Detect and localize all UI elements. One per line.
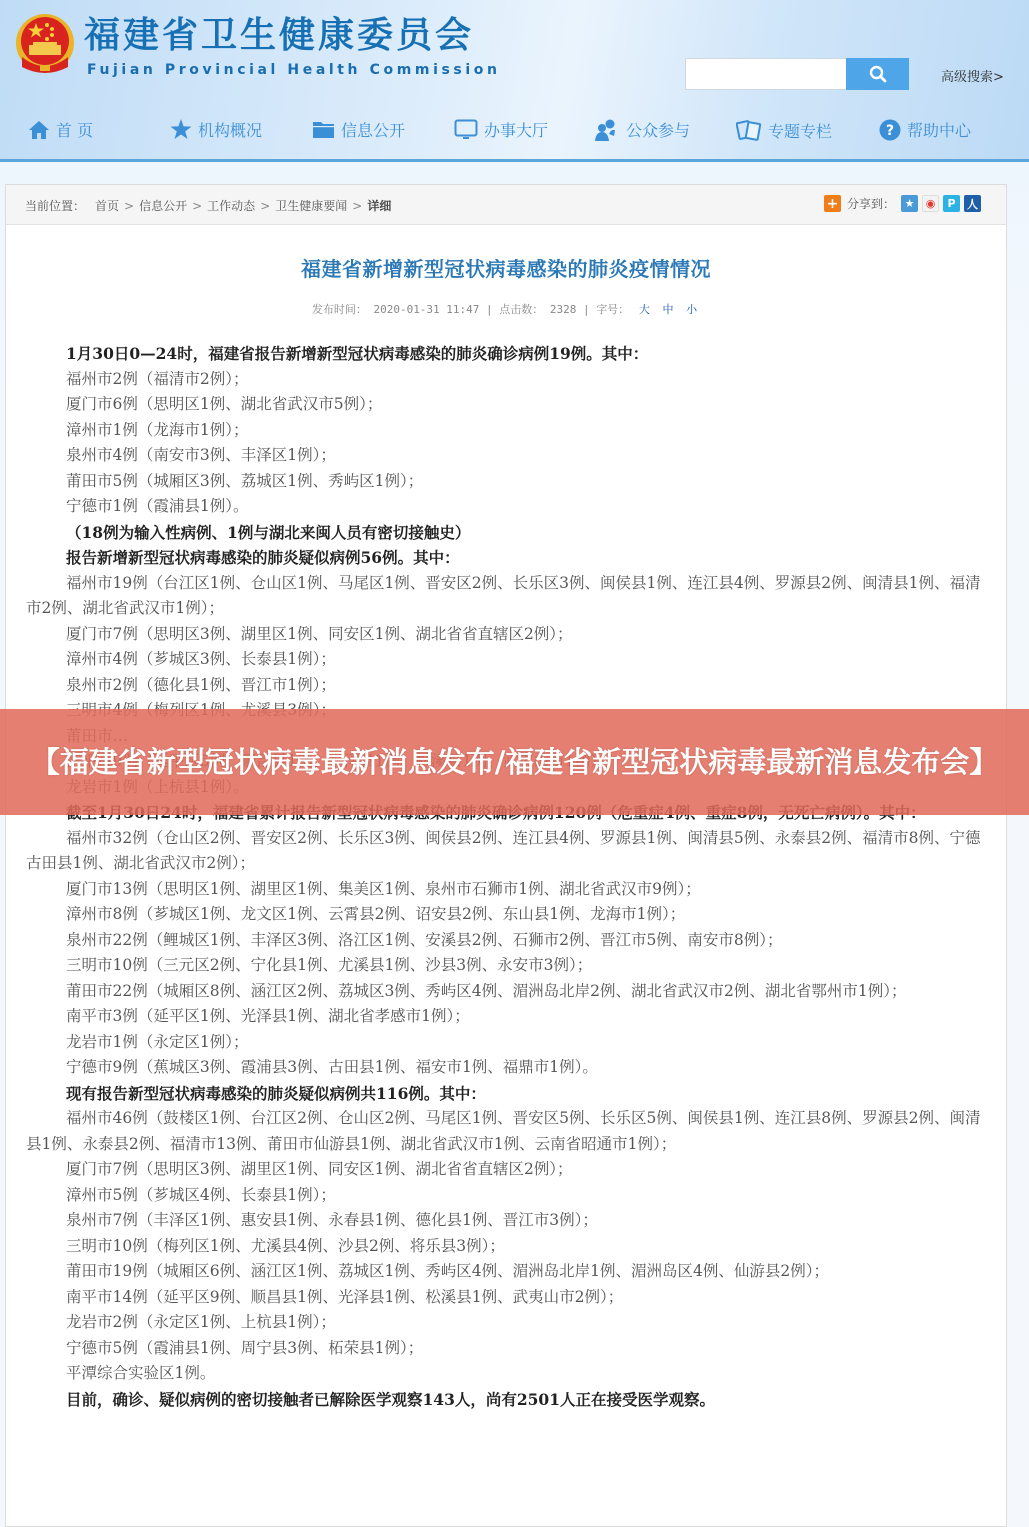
share-label: 分享到：: [847, 195, 895, 212]
article-summary-paragraph: 报告新增新型冠状病毒感染的肺炎疑似病例56例。其中：: [26, 545, 988, 571]
breadcrumb-bar: 当前位置： 首页 > 信息公开 > 工作动态 > 卫生健康要闻 > 详细 + 分…: [6, 185, 1006, 225]
article-paragraph: 龙岩市2例（永定区1例、上杭县1例）；: [26, 1310, 988, 1336]
font-size-medium[interactable]: 中: [663, 303, 674, 316]
breadcrumb-separator: >: [192, 199, 202, 213]
breadcrumb: 当前位置： 首页 > 信息公开 > 工作动态 > 卫生健康要闻 > 详细: [25, 197, 391, 214]
main-nav: 首 页 机构概况 信息公开 办事大厅 公众参与 专题专栏 ? 帮助中心: [0, 108, 1029, 152]
qzone-share-icon[interactable]: ★: [901, 195, 918, 212]
content-panel: 当前位置： 首页 > 信息公开 > 工作动态 > 卫生健康要闻 > 详细 + 分…: [5, 184, 1007, 1527]
star-icon: [170, 119, 192, 140]
article-meta: 发布时间： 2020-01-31 11:47 | 点击数： 2328 | 字号：…: [6, 301, 1006, 317]
meta-divider: |: [486, 303, 499, 316]
meta-divider: |: [583, 303, 596, 316]
nav-label: 首 页: [56, 118, 93, 141]
share-bar: + 分享到： ★ ◉ P 人: [824, 195, 981, 212]
help-icon: ?: [879, 119, 901, 141]
article-paragraph: 福州市19例（台江区1例、仓山区1例、马尾区1例、晋安区2例、长乐区3例、闽侯县…: [26, 571, 988, 622]
overlay-banner-text: 【福建省新型冠状病毒最新消息发布/福建省新型冠状病毒最新消息发布会】: [31, 743, 999, 781]
publish-time: 2020-01-31 11:47: [373, 303, 479, 316]
breadcrumb-work[interactable]: 工作动态: [207, 197, 255, 214]
article-paragraph: 龙岩市1例（永定区1例）；: [26, 1030, 988, 1056]
article-paragraph: 漳州市8例（芗城区1例、龙文区1例、云霄县2例、诏安县2例、东山县1例、龙海市1…: [26, 902, 988, 928]
overlay-banner: 【福建省新型冠状病毒最新消息发布/福建省新型冠状病毒最新消息发布会】: [0, 709, 1029, 815]
article-paragraph: 福州市32例（仓山区2例、晋安区2例、长乐区3例、闽侯县2例、连江县4例、罗源县…: [26, 826, 988, 877]
search-icon: [869, 65, 887, 83]
people-icon: [594, 119, 620, 141]
font-size-small[interactable]: 小: [686, 303, 697, 316]
article-paragraph: 泉州市7例（丰泽区1例、惠安县1例、永春县1例、德化县1例、晋江市3例）；: [26, 1208, 988, 1234]
renren-share-icon[interactable]: 人: [964, 195, 981, 212]
article-paragraph: 三明市10例（三元区2例、宁化县1例、尤溪县1例、沙县3例、永安市3例）；: [26, 953, 988, 979]
font-size-label: 字号：: [596, 303, 629, 316]
article-paragraph: 厦门市13例（思明区1例、湖里区1例、集美区1例、泉州市石狮市1例、湖北省武汉市…: [26, 877, 988, 903]
site-subtitle: Fujian Provincial Health Commission: [87, 62, 501, 78]
publish-label: 发布时间：: [312, 303, 367, 316]
article-paragraph: 福州市2例（福清市2例）；: [26, 367, 988, 393]
article-paragraph: 三明市10例（梅列区1例、尤溪县4例、沙县2例、将乐县3例）；: [26, 1234, 988, 1260]
nav-label: 信息公开: [341, 118, 405, 141]
article-summary-paragraph: 目前，确诊、疑似病例的密切接触者已解除医学观察143人，尚有2501人正在接受医…: [26, 1387, 988, 1413]
clicks-label: 点击数：: [499, 303, 543, 316]
article-paragraph: 莆田市19例（城厢区6例、涵江区1例、荔城区1例、秀屿区4例、湄洲岛北岸1例、湄…: [26, 1259, 988, 1285]
article-title: 福建省新增新型冠状病毒感染的肺炎疫情情况: [6, 253, 1006, 282]
share-more-icon[interactable]: +: [824, 195, 841, 212]
breadcrumb-news[interactable]: 卫生健康要闻: [275, 197, 347, 214]
breadcrumb-separator: >: [260, 199, 270, 213]
article-paragraph: 平潭综合实验区1例。: [26, 1361, 988, 1387]
article-paragraph: 厦门市7例（思明区3例、湖里区1例、同安区1例、湖北省省直辖区2例）；: [26, 1157, 988, 1183]
breadcrumb-info[interactable]: 信息公开: [139, 197, 187, 214]
article-paragraph: 福州市46例（鼓楼区1例、台江区2例、仓山区2例、马尾区1例、晋安区5例、长乐区…: [26, 1106, 988, 1157]
nav-item-info[interactable]: 信息公开: [312, 118, 405, 141]
nav-divider: [0, 159, 1029, 162]
font-size-large[interactable]: 大: [639, 303, 650, 316]
national-emblem-icon: [14, 13, 76, 77]
article-summary-paragraph: 1月30日0—24时，福建省报告新增新型冠状病毒感染的肺炎确诊病例19例。其中：: [26, 341, 988, 367]
article-summary-paragraph: 现有报告新型冠状病毒感染的肺炎疑似病例共116例。其中：: [26, 1081, 988, 1107]
article-paragraph: 漳州市5例（芗城区4例、长泰县1例）；: [26, 1183, 988, 1209]
article-paragraph: 泉州市2例（德化县1例、晋江市1例）；: [26, 673, 988, 699]
article-paragraph: 漳州市1例（龙海市1例）；: [26, 418, 988, 444]
article-paragraph: 莆田市22例（城厢区8例、涵江区2例、荔城区3例、秀屿区4例、湄洲岛北岸2例、湖…: [26, 979, 988, 1005]
article-summary-paragraph: （18例为输入性病例、1例与湖北来闽人员有密切接触史）: [26, 520, 988, 546]
nav-label: 公众参与: [626, 118, 690, 141]
tencent-weibo-share-icon[interactable]: P: [943, 195, 960, 212]
nav-label: 专题专栏: [768, 119, 832, 142]
nav-label: 机构概况: [198, 118, 262, 141]
nav-item-home[interactable]: 首 页: [28, 118, 93, 141]
breadcrumb-separator: >: [124, 199, 134, 213]
article-paragraph: 厦门市7例（思明区3例、湖里区1例、同安区1例、湖北省省直辖区2例）；: [26, 622, 988, 648]
breadcrumb-separator: >: [352, 199, 362, 213]
site-header: 福建省卫生健康委员会 Fujian Provincial Health Comm…: [0, 0, 1029, 160]
article-paragraph: 南平市14例（延平区9例、顺昌县1例、光泽县1例、松溪县1例、武夷山市2例）；: [26, 1285, 988, 1311]
article-paragraph: 厦门市6例（思明区1例、湖北省武汉市5例）；: [26, 392, 988, 418]
article-paragraph: 宁德市1例（霞浦县1例）。: [26, 494, 988, 520]
svg-text:?: ?: [886, 123, 894, 139]
weibo-share-icon[interactable]: ◉: [922, 195, 939, 212]
cards-icon: [736, 118, 762, 142]
article-paragraph: 南平市3例（延平区1例、光泽县1例、湖北省孝感市1例）；: [26, 1004, 988, 1030]
breadcrumb-home[interactable]: 首页: [95, 197, 119, 214]
article-paragraph: 泉州市22例（鲤城区1例、丰泽区3例、洛江区1例、安溪县2例、石狮市2例、晋江市…: [26, 928, 988, 954]
breadcrumb-prefix: 当前位置：: [25, 197, 85, 214]
nav-label: 办事大厅: [484, 118, 548, 141]
nav-item-public[interactable]: 公众参与: [594, 118, 690, 141]
article-body: 1月30日0—24时，福建省报告新增新型冠状病毒感染的肺炎确诊病例19例。其中：…: [26, 341, 988, 1412]
nav-item-help[interactable]: ? 帮助中心: [879, 118, 971, 141]
article-paragraph: 宁德市5例（霞浦县1例、周宁县3例、柘荣县1例）；: [26, 1336, 988, 1362]
article-paragraph: 泉州市4例（南安市3例、丰泽区1例）；: [26, 443, 988, 469]
site-title: 福建省卫生健康委员会: [84, 14, 474, 58]
article-paragraph: 漳州市4例（芗城区3例、长泰县1例）；: [26, 647, 988, 673]
advanced-search-link[interactable]: 高级搜索>: [941, 66, 1004, 85]
nav-label: 帮助中心: [907, 118, 971, 141]
clicks-count: 2328: [550, 303, 577, 316]
search-button[interactable]: [846, 58, 909, 90]
nav-item-services[interactable]: 办事大厅: [454, 118, 548, 141]
tablet-icon: [454, 119, 478, 141]
nav-item-topics[interactable]: 专题专栏: [736, 118, 832, 142]
nav-item-about[interactable]: 机构概况: [170, 118, 262, 141]
breadcrumb-current: 详细: [367, 197, 391, 214]
home-icon: [28, 120, 50, 140]
search-input[interactable]: [685, 58, 847, 90]
folder-icon: [312, 120, 335, 139]
article-paragraph: 莆田市5例（城厢区3例、荔城区1例、秀屿区1例）；: [26, 469, 988, 495]
article-paragraph: 宁德市9例（蕉城区3例、霞浦县3例、古田县1例、福安市1例、福鼎市1例）。: [26, 1055, 988, 1081]
